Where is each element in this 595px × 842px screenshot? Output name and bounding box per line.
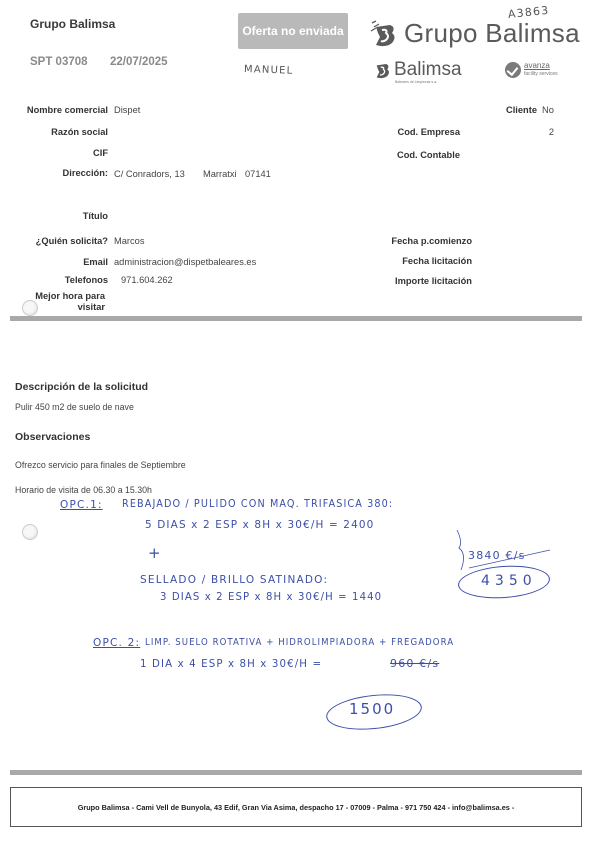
label-cod-contable: Cod. Contable: [340, 150, 460, 160]
footer-divider: [10, 770, 582, 775]
observations-line-2: Horario de visita de 06.30 a 15.30h: [15, 485, 152, 495]
punch-hole-icon: [22, 524, 38, 540]
document-date: 22/07/2025: [110, 56, 168, 68]
handwritten-name: MANUEL: [244, 64, 294, 77]
observations-line-1: Ofrezco servicio para finales de Septiem…: [15, 460, 186, 470]
value-direccion-zip: 07141: [245, 169, 271, 179]
avanza-subtitle: facility services: [524, 70, 558, 78]
handwritten-opc1-line1: REBAJADO / PULIDO CON MAQ. TRIFASICA 380…: [122, 498, 393, 510]
observations-title: Observaciones: [15, 431, 90, 443]
label-razon-social: Razón social: [0, 127, 108, 137]
handwritten-opc2-struck: 960 €/s: [390, 657, 439, 670]
handwritten-opc2-total: 1500: [349, 700, 395, 718]
logo-grupo-balimsa: Grupo Balimsa: [370, 18, 580, 49]
description-title: Descripción de la solicitud: [15, 381, 148, 393]
company-name: Grupo Balimsa: [30, 17, 115, 31]
handwritten-opc2-label: OPC. 2:: [93, 637, 140, 649]
description-text: Pulir 450 m2 de suelo de nave: [15, 402, 134, 412]
balimsa-logo-icon: [370, 19, 398, 49]
logo-small-text: Balimsa: [394, 60, 462, 80]
avanza-name: avanza: [524, 62, 558, 70]
value-cod-empresa: 2: [540, 127, 554, 137]
handwritten-opc1-subtotal-struck: 3840 €/s: [468, 549, 526, 562]
label-cliente: Cliente: [440, 105, 537, 115]
label-cod-empresa: Cod. Empresa: [340, 127, 460, 137]
handwritten-opc1-total: 4350: [481, 573, 537, 589]
handwritten-plus: +: [148, 544, 162, 562]
handwritten-opc1-line3: SELLADO / BRILLO SATINADO:: [140, 574, 328, 586]
label-fecha-licitacion: Fecha licitación: [340, 256, 472, 266]
handwritten-opc2-line1: LIMP. SUELO ROTATIVA + HIDROLIMPIADORA +…: [145, 637, 454, 648]
value-email: administracion@dispetbaleares.es: [114, 257, 256, 267]
label-cif: CIF: [0, 148, 108, 158]
logo-main-text: Grupo Balimsa: [404, 18, 580, 49]
label-nombre-comercial: Nombre comercial: [0, 105, 108, 115]
label-quien-solicita: ¿Quién solicita?: [0, 236, 108, 246]
value-nombre-comercial: Dispet: [114, 105, 140, 115]
value-telefonos: 971.604.262: [121, 275, 173, 285]
label-email: Email: [0, 257, 108, 267]
balimsa-small-logo-icon: [372, 60, 392, 80]
handwritten-opc1-line4: 3 DIAS x 2 ESP x 8H x 30€/H = 1440: [160, 590, 382, 603]
logo-avanza: avanza facility services: [505, 62, 558, 78]
checkmark-icon: [505, 62, 521, 78]
footer-box: Grupo Balimsa - Cami Vell de Bunyola, 43…: [10, 787, 582, 827]
handwritten-opc2-line2: 1 DIA x 4 ESP x 8H x 30€/H =: [140, 657, 322, 670]
handwritten-opc1-label: OPC.1:: [60, 499, 103, 511]
value-cliente: No: [538, 105, 558, 115]
footer-text: Grupo Balimsa - Cami Vell de Bunyola, 43…: [78, 803, 515, 812]
label-importe-licitacion: Importe licitación: [340, 276, 472, 286]
value-direccion-city: Marratxi: [203, 169, 237, 179]
value-quien-solicita: Marcos: [114, 236, 144, 246]
handwritten-opc1-line2: 5 DIAS x 2 ESP x 8H x 30€/H = 2400: [145, 518, 374, 531]
label-titulo: Título: [0, 211, 108, 221]
label-fecha-comienzo: Fecha p.comienzo: [340, 236, 472, 246]
punch-hole-icon: [22, 300, 38, 316]
logo-balimsa: Balimsa Baleares de Limpiezas s.a.: [372, 60, 462, 80]
section-divider: [10, 316, 582, 321]
value-direccion-street: C/ Conradors, 13: [114, 169, 185, 179]
label-telefonos: Telefonos: [0, 275, 108, 285]
logo-small-subtitle: Baleares de Limpiezas s.a.: [395, 80, 437, 84]
label-direccion: Dirección:: [0, 168, 108, 178]
status-badge: Oferta no enviada: [238, 13, 348, 49]
document-id: SPT 03708: [30, 56, 88, 68]
